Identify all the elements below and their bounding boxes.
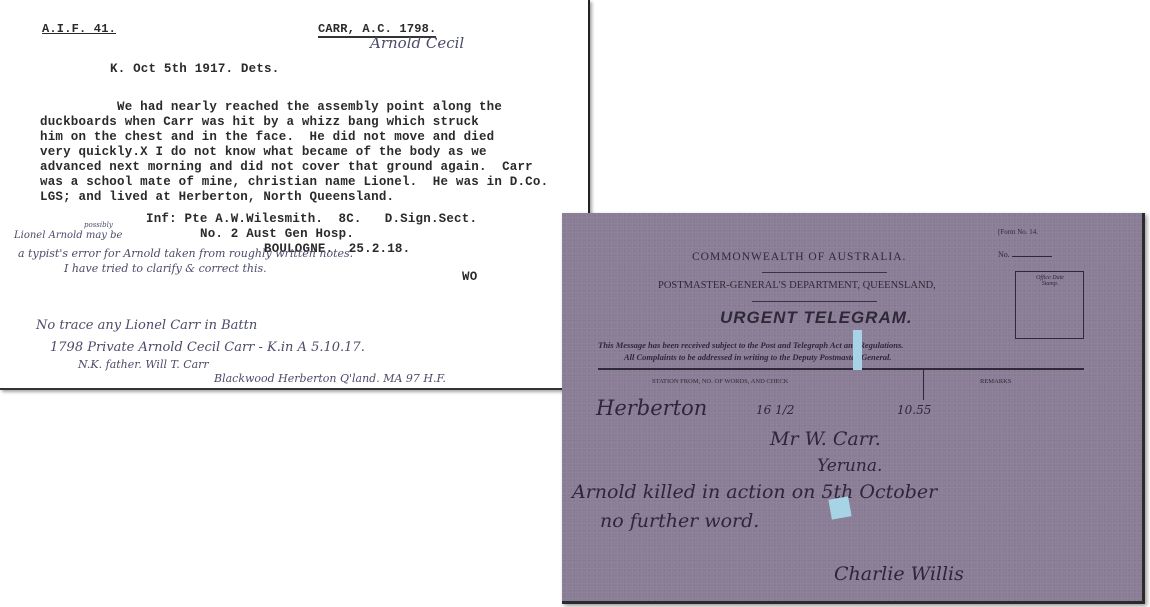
time-received: 10.55: [897, 403, 931, 417]
addressee: Mr W. Carr.: [770, 428, 881, 450]
hospital-line: No. 2 Aust Gen Hosp.: [200, 227, 354, 241]
number-label: No.: [998, 250, 1052, 259]
footer-note: No trace any Lionel Carr in Battn: [36, 318, 257, 333]
message-line: Arnold killed in action on 5th October: [572, 481, 937, 503]
urgent-telegram: [Form No. 14. No. COMMONWEALTH OF AUSTRA…: [562, 213, 1145, 604]
heading-commonwealth: COMMONWEALTH OF AUSTRALIA.: [692, 251, 906, 263]
annotation: I have tried to clarify & correct this.: [64, 262, 267, 275]
initials: WO: [462, 270, 477, 284]
body-line: advanced next morning and did not cover …: [40, 160, 533, 174]
torn-patch: [828, 496, 851, 519]
body-line: him on the chest and in the face. He did…: [40, 130, 494, 144]
body-line: We had nearly reached the assembly point…: [40, 100, 502, 114]
body-line: LGS; and lived at Herberton, North Queen…: [40, 190, 394, 204]
body-line: very quickly.X I do not know what became…: [40, 145, 487, 159]
stamp-label: Office Date Stamp.: [1030, 275, 1070, 287]
divider: [752, 301, 877, 302]
notice-line: All Complaints to be addressed in writin…: [624, 352, 892, 362]
column-remarks: REMARKS: [980, 378, 1011, 385]
body-line: was a school mate of mine, christian nam…: [40, 175, 548, 189]
footer-note: N.K. father. Will T. Carr: [78, 358, 209, 371]
office-date-stamp-box: Office Date Stamp.: [1015, 271, 1084, 339]
number-label-text: No.: [998, 250, 1010, 259]
address: Yeruna.: [817, 456, 882, 476]
telegram-title: URGENT TELEGRAM.: [720, 308, 913, 328]
footer-note: 1798 Private Arnold Cecil Carr - K.in A …: [50, 340, 365, 355]
header-left: A.I.F. 41.: [42, 22, 116, 36]
header-rule: [598, 368, 1084, 370]
station-from: Herberton: [596, 396, 707, 420]
divider: [762, 272, 887, 273]
handwritten-name: Arnold Cecil: [370, 34, 464, 52]
column-divider: [923, 370, 924, 400]
body-line: duckboards when Carr was hit by a whizz …: [40, 115, 479, 129]
annotation: Lionel Arnold may be: [14, 230, 122, 241]
message-line: no further word.: [600, 510, 759, 532]
casualty-report-card: A.I.F. 41. CARR, A.C. 1798. Arnold Cecil…: [0, 0, 590, 390]
annotation: possibly: [84, 221, 113, 229]
number-of-words: 16 1/2: [756, 403, 794, 417]
informant-line: Inf: Pte A.W.Wilesmith. 8C. D.Sign.Sect.: [146, 212, 477, 226]
heading-department: POSTMASTER-GENERAL'S DEPARTMENT, QUEENSL…: [658, 280, 936, 291]
torn-patch: [853, 330, 862, 370]
column-station: STATION FROM, NO. OF WORDS, AND CHECK: [652, 378, 788, 385]
form-number: [Form No. 14.: [998, 228, 1038, 236]
subject-line: K. Oct 5th 1917. Dets.: [110, 62, 279, 76]
number-blank: [1012, 256, 1052, 257]
sender-signature: Charlie Willis: [834, 563, 964, 585]
annotation: a typist's error for Arnold taken from r…: [18, 247, 353, 260]
footer-note: Blackwood Herberton Q'land. MA 97 H.F.: [214, 372, 446, 385]
